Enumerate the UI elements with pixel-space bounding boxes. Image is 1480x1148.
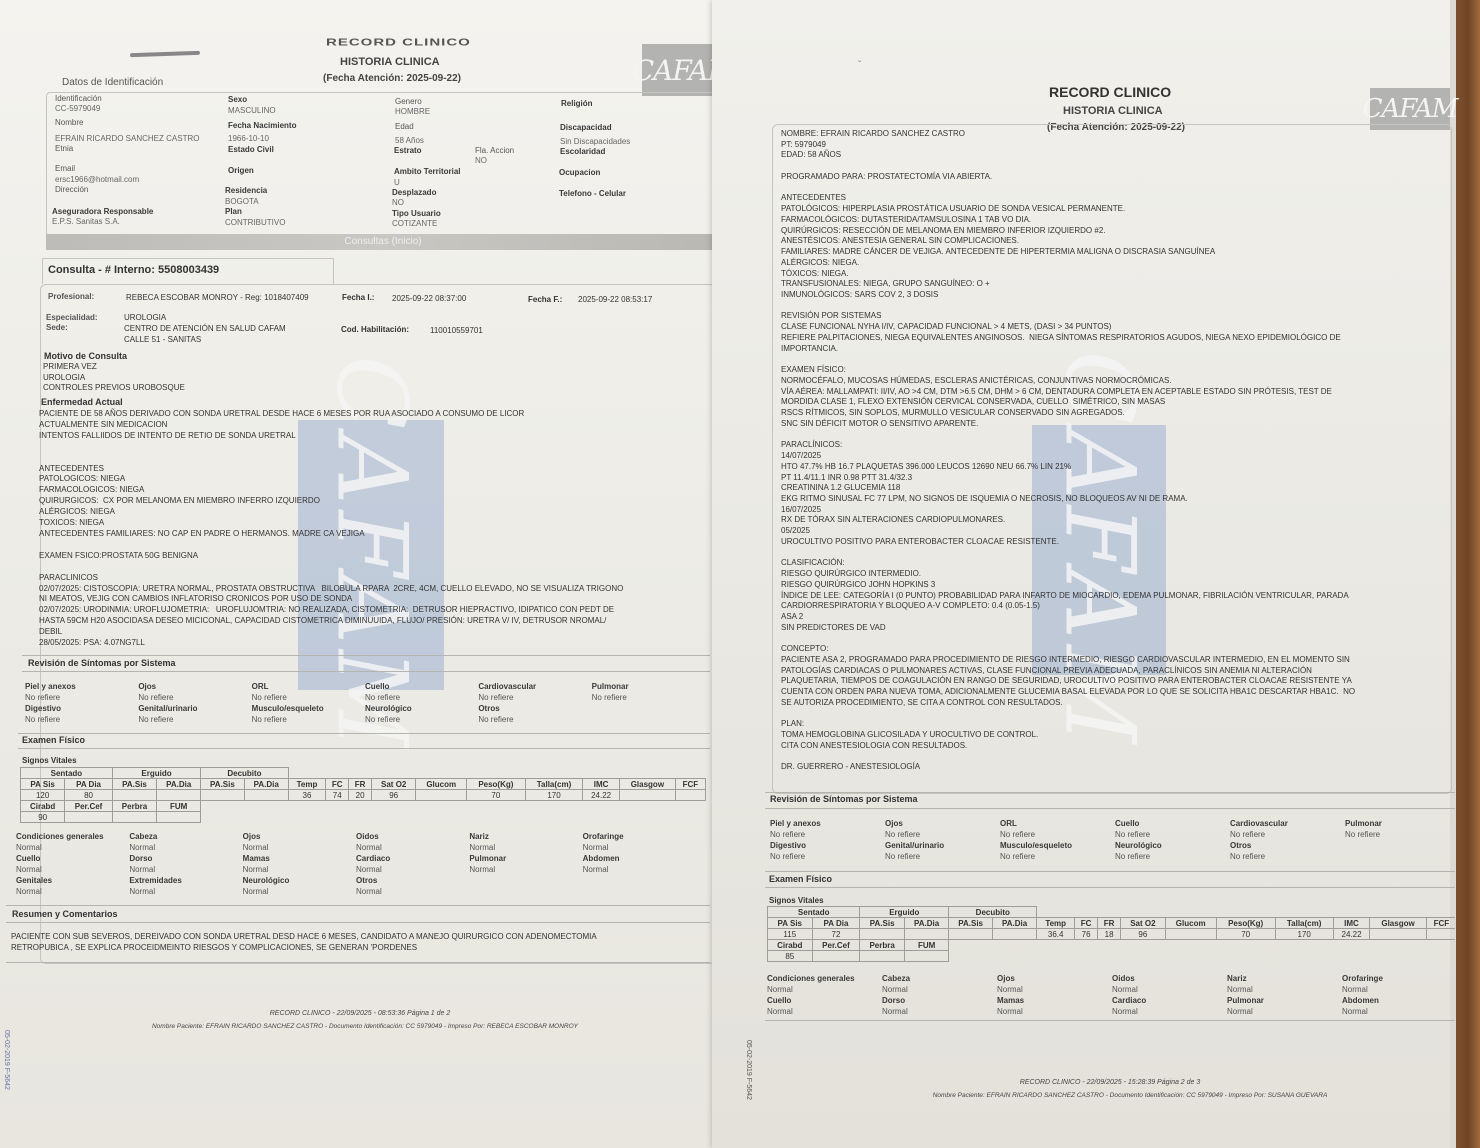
value-residencia: BOGOTA bbox=[225, 197, 259, 206]
vitals-header: Temp bbox=[288, 779, 326, 790]
field-value: No refiere bbox=[885, 830, 1000, 841]
label-escolaridad: Escolaridad bbox=[560, 147, 605, 156]
vitals-cell: 96 bbox=[1121, 929, 1166, 940]
vitals-cell bbox=[1333, 940, 1370, 951]
field-value: Normal bbox=[16, 865, 129, 876]
label-ocupacion: Ocupacion bbox=[559, 168, 600, 177]
field-value: Normal bbox=[469, 865, 582, 876]
vitals-cell bbox=[416, 801, 467, 812]
consultas-band: Consultas (Inicio) bbox=[46, 234, 720, 250]
field-label: Pulmonar bbox=[592, 682, 705, 693]
field-label: Cardiaco bbox=[1112, 996, 1227, 1007]
vitals-header: Cirabd bbox=[21, 801, 65, 812]
vitals-header: PA.Dia bbox=[904, 918, 948, 929]
vitals-header: Decubito bbox=[201, 768, 289, 779]
field-label: Condiciones generales bbox=[16, 832, 129, 843]
vitals-header: Per.Cef bbox=[65, 801, 113, 812]
vitals-header: Talla(cm) bbox=[525, 779, 583, 790]
page-subtitle: HISTORIA CLINICA bbox=[1063, 105, 1163, 117]
vitals-header: FR bbox=[349, 779, 372, 790]
vitals-cell bbox=[1165, 907, 1216, 918]
resumen-title: Resumen y Comentarios bbox=[12, 909, 118, 919]
field-label: Extremidades bbox=[129, 876, 242, 887]
vitals-cell bbox=[525, 768, 583, 779]
field-label: Cabeza bbox=[882, 974, 997, 985]
motivo-text: PRIMERA VEZ UROLOGIA CONTROLES PREVIOS U… bbox=[43, 362, 185, 394]
value-fla-accion: NO bbox=[475, 156, 487, 165]
record-title: RECORD CLINICO bbox=[1049, 84, 1171, 100]
vitals-cell: 36 bbox=[288, 790, 326, 801]
vitals-cell: 70 bbox=[467, 790, 526, 801]
vitals-cell bbox=[112, 812, 156, 823]
divider bbox=[765, 871, 1455, 872]
vitals-cell bbox=[65, 812, 113, 823]
vitals-cell bbox=[288, 812, 326, 823]
vitals-header: FC bbox=[326, 779, 349, 790]
vitals-cell bbox=[1037, 907, 1075, 918]
vitals-cell bbox=[619, 768, 675, 779]
divider bbox=[6, 922, 710, 923]
vitals-cell bbox=[1165, 929, 1216, 940]
field-label: Cardiovascular bbox=[478, 682, 591, 693]
label-plan: Plan bbox=[225, 207, 242, 216]
vitals-cell: 85 bbox=[768, 951, 813, 962]
field-value: No refiere bbox=[365, 715, 478, 726]
vitals-header: Sentado bbox=[768, 907, 860, 918]
field-value: Normal bbox=[997, 985, 1112, 996]
field-value: No refiere bbox=[365, 693, 478, 704]
value-plan: CONTRIBUTIVO bbox=[225, 218, 285, 227]
vitals-header: PA.Dia bbox=[244, 779, 288, 790]
vitals-header: Per.Cef bbox=[812, 940, 860, 951]
field-value: No refiere bbox=[138, 693, 251, 704]
footer-line2: Nombre Paciente: EFRAIN RICARDO SANCHEZ … bbox=[870, 1092, 1390, 1099]
vitals-cell bbox=[1098, 940, 1121, 951]
vitals-cell bbox=[904, 951, 948, 962]
label-religion: Religión bbox=[561, 99, 593, 108]
value-cod-habilitacion: 110010559701 bbox=[430, 326, 483, 335]
label-telefono: Telefono - Celular bbox=[559, 189, 626, 198]
field-value: Normal bbox=[356, 843, 469, 854]
vitals-cell bbox=[372, 812, 416, 823]
label-sede: Sede: bbox=[46, 323, 68, 332]
vitals-cell bbox=[583, 812, 620, 823]
vitals-header: FCF bbox=[1426, 918, 1455, 929]
vitals-header: Sat O2 bbox=[372, 779, 416, 790]
label-tipo-usuario: Tipo Usuario bbox=[392, 209, 441, 218]
vitals-cell bbox=[244, 801, 288, 812]
field-label bbox=[583, 876, 696, 887]
conditions-grid: Condiciones generalesCabezaOjosOidosNari… bbox=[767, 974, 1457, 1018]
vitals-cell bbox=[949, 929, 993, 940]
field-label: Digestivo bbox=[770, 841, 885, 852]
field-label: Piel y anexos bbox=[770, 819, 885, 830]
vitals-header: IMC bbox=[1333, 918, 1370, 929]
field-label: Abdomen bbox=[583, 854, 696, 865]
vitals-cell bbox=[992, 929, 1036, 940]
field-value: No refiere bbox=[1000, 852, 1115, 863]
examen-fisico-title: Examen Físico bbox=[769, 874, 832, 884]
vitals-cell bbox=[583, 768, 620, 779]
field-label: Mamas bbox=[243, 854, 356, 865]
value-ambito-territorial: U bbox=[394, 178, 400, 187]
vitals-cell bbox=[349, 801, 372, 812]
vitals-cell bbox=[992, 940, 1036, 951]
vitals-cell bbox=[992, 951, 1036, 962]
vitals-cell bbox=[326, 768, 349, 779]
vitals-cell bbox=[1098, 951, 1121, 962]
vitals-clip: SentadoErguidoDecubitoPA SisPA DiaPA.Sis… bbox=[767, 906, 1455, 966]
field-value bbox=[583, 887, 696, 898]
divider bbox=[6, 905, 710, 906]
value-edad: 58 Años bbox=[395, 136, 424, 145]
field-value: No refiere bbox=[1115, 852, 1230, 863]
vitals-cell bbox=[1333, 951, 1370, 962]
vitals-cell bbox=[1275, 940, 1333, 951]
value-email: ersc1966@hotmail.com bbox=[55, 175, 139, 184]
vitals-header: Glasgow bbox=[619, 779, 675, 790]
vitals-cell bbox=[326, 812, 349, 823]
field-value: No refiere bbox=[25, 693, 138, 704]
field-value: Normal bbox=[1227, 1007, 1342, 1018]
vitals-header: Decubito bbox=[949, 907, 1037, 918]
label-fecha-nacimiento: Fecha Nacimiento bbox=[228, 121, 296, 130]
vitals-header: Perbra bbox=[112, 801, 156, 812]
vitals-cell bbox=[349, 768, 372, 779]
vitals-cell bbox=[812, 951, 860, 962]
vitals-cell bbox=[1075, 940, 1098, 951]
vitals-cell bbox=[112, 790, 156, 801]
field-value: No refiere bbox=[1000, 830, 1115, 841]
field-label: Musculo/esqueleto bbox=[252, 704, 365, 715]
vitals-header: Glucom bbox=[1165, 918, 1216, 929]
divider bbox=[765, 792, 1455, 793]
vitals-header: Talla(cm) bbox=[1275, 918, 1333, 929]
vitals-header: FC bbox=[1075, 918, 1098, 929]
vitals-header: PA.Sis bbox=[201, 779, 244, 790]
field-value: Normal bbox=[1342, 985, 1457, 996]
label-profesional: Profesional: bbox=[48, 292, 94, 301]
field-value: Normal bbox=[767, 985, 882, 996]
value-discapacidad: Sin Discapacidades bbox=[560, 137, 630, 146]
vitals-cell: 76 bbox=[1075, 929, 1098, 940]
field-label bbox=[469, 876, 582, 887]
vitals-cell bbox=[1098, 907, 1121, 918]
vitals-header: PA.Dia bbox=[157, 779, 201, 790]
vitals-header: Erguido bbox=[860, 907, 949, 918]
value-fecha-f: 2025-09-22 08:53:17 bbox=[578, 295, 652, 304]
field-value: No refiere bbox=[478, 715, 591, 726]
field-label: Oidos bbox=[1112, 974, 1227, 985]
field-label: Condiciones generales bbox=[767, 974, 882, 985]
vitals-cell: 70 bbox=[1216, 929, 1275, 940]
field-value: Normal bbox=[583, 843, 696, 854]
field-value: No refiere bbox=[885, 852, 1000, 863]
field-value: Normal bbox=[1227, 985, 1342, 996]
vitals-cell: 80 bbox=[65, 790, 113, 801]
label-sexo: Sexo bbox=[228, 95, 247, 104]
field-value: No refiere bbox=[592, 693, 705, 704]
vitals-cell bbox=[675, 790, 705, 801]
field-label: ORL bbox=[252, 682, 365, 693]
field-value: No refiere bbox=[1230, 852, 1345, 863]
vitals-header: Temp bbox=[1037, 918, 1075, 929]
vitals-cell bbox=[1426, 907, 1455, 918]
field-label: Ojos bbox=[997, 974, 1112, 985]
field-label: Dorso bbox=[129, 854, 242, 865]
vitals-cell bbox=[1275, 907, 1333, 918]
vitals-header: FCF bbox=[675, 779, 705, 790]
vitals-cell bbox=[1370, 951, 1426, 962]
field-value: No refiere bbox=[252, 693, 365, 704]
vitals-cell bbox=[244, 790, 288, 801]
field-label: Pulmonar bbox=[1227, 996, 1342, 1007]
vitals-cell bbox=[244, 812, 288, 823]
vitals-cell bbox=[1165, 951, 1216, 962]
examen-fisico-title: Examen Físico bbox=[22, 735, 85, 745]
vitals-cell: 96 bbox=[372, 790, 416, 801]
label-discapacidad: Discapacidad bbox=[560, 123, 612, 132]
value-genero: HOMBRE bbox=[395, 107, 430, 116]
vitals-cell: 170 bbox=[1275, 929, 1333, 940]
field-label: ORL bbox=[1000, 819, 1115, 830]
vitals-cell bbox=[675, 812, 705, 823]
vitals-header: FUM bbox=[157, 801, 201, 812]
field-value: Normal bbox=[356, 887, 469, 898]
vitals-cell bbox=[201, 801, 244, 812]
field-value: No refiere bbox=[25, 715, 138, 726]
field-label: Orofaringe bbox=[583, 832, 696, 843]
value-especialidad: UROLOGIA bbox=[124, 313, 166, 322]
vitals-cell bbox=[201, 790, 244, 801]
field-value: Normal bbox=[767, 1007, 882, 1018]
vitals-cell bbox=[1037, 951, 1075, 962]
vitals-header: Erguido bbox=[112, 768, 200, 779]
vitals-cell: 20 bbox=[349, 790, 372, 801]
label-etnia: Etnia bbox=[55, 144, 73, 153]
field-value: Normal bbox=[1112, 985, 1227, 996]
vitals-cell bbox=[1370, 929, 1426, 940]
divider bbox=[6, 962, 710, 963]
field-label: Neurológico bbox=[243, 876, 356, 887]
field-label: Cuello bbox=[16, 854, 129, 865]
field-label: Neurológico bbox=[365, 704, 478, 715]
vitals-cell bbox=[1216, 940, 1275, 951]
revision-grid: Piel y anexosOjosORLCuelloCardiovascular… bbox=[25, 682, 705, 726]
vitals-header: Glucom bbox=[416, 779, 467, 790]
vitals-cell bbox=[1426, 951, 1455, 962]
vitals-header: PA Sis bbox=[768, 918, 813, 929]
vitals-cell bbox=[1121, 940, 1166, 951]
value-aseguradora: E.P.S. Sanitas S.A. bbox=[52, 217, 120, 226]
field-value bbox=[592, 715, 705, 726]
field-value: Normal bbox=[129, 887, 242, 898]
vitals-header: IMC bbox=[583, 779, 620, 790]
field-value: Normal bbox=[16, 843, 129, 854]
label-fecha-i: Fecha I.: bbox=[342, 293, 374, 302]
vitals-cell bbox=[467, 812, 526, 823]
vitals-cell bbox=[201, 812, 244, 823]
field-value: Normal bbox=[469, 843, 582, 854]
field-label: Oidos bbox=[356, 832, 469, 843]
vitals-cell: 72 bbox=[812, 929, 860, 940]
field-label bbox=[1345, 841, 1460, 852]
field-value: Normal bbox=[356, 865, 469, 876]
field-value: No refiere bbox=[1230, 830, 1345, 841]
footer-line1: RECORD CLINICO - 22/09/2025 - 15:28:39 P… bbox=[900, 1079, 1320, 1086]
vitals-cell: 36.4 bbox=[1037, 929, 1075, 940]
revision-grid: Piel y anexosOjosORLCuelloCardiovascular… bbox=[770, 819, 1460, 863]
field-label: Digestivo bbox=[25, 704, 138, 715]
field-label: Ojos bbox=[885, 819, 1000, 830]
field-value: No refiere bbox=[138, 715, 251, 726]
vitals-cell bbox=[860, 951, 905, 962]
vitals-cell bbox=[1037, 940, 1075, 951]
vitals-cell bbox=[619, 801, 675, 812]
anesthesia-note-text: NOMBRE: EFRAIN RICARDO SANCHEZ CASTRO PT… bbox=[781, 129, 1355, 773]
field-value: Normal bbox=[997, 1007, 1112, 1018]
field-label: Cabeza bbox=[129, 832, 242, 843]
vitals-cell bbox=[619, 790, 675, 801]
consulta-title: Consulta - # Interno: 5508003439 bbox=[48, 264, 219, 276]
field-label: Ojos bbox=[138, 682, 251, 693]
field-value: No refiere bbox=[252, 715, 365, 726]
vitals-cell bbox=[860, 929, 905, 940]
label-direccion: Dirección bbox=[55, 185, 88, 194]
vitals-cell bbox=[904, 929, 948, 940]
field-label: Abdomen bbox=[1342, 996, 1457, 1007]
value-profesional: REBECA ESCOBAR MONROY - Reg: 1018407409 bbox=[126, 293, 309, 302]
vitals-cell bbox=[1370, 907, 1426, 918]
label-fecha-f: Fecha F.: bbox=[528, 295, 562, 304]
field-label: Cardiovascular bbox=[1230, 819, 1345, 830]
field-label: Genitales bbox=[16, 876, 129, 887]
vitals-header: Sat O2 bbox=[1121, 918, 1166, 929]
vitals-cell bbox=[1216, 907, 1275, 918]
resumen-text: PACIENTE CON SUB SEVEROS, DEREIVADO CON … bbox=[11, 932, 597, 953]
field-value: Normal bbox=[16, 887, 129, 898]
vitals-cell bbox=[416, 790, 467, 801]
vitals-header: PA Dia bbox=[812, 918, 860, 929]
footer-line1: RECORD CLINICO - 22/09/2025 - 08:53:36 P… bbox=[150, 1010, 570, 1017]
field-value: Normal bbox=[583, 865, 696, 876]
vitals-cell bbox=[416, 768, 467, 779]
page-subtitle: HISTORIA CLINICA bbox=[340, 56, 440, 68]
label-desplazado: Desplazado bbox=[392, 188, 436, 197]
vitals-cell bbox=[467, 768, 526, 779]
vitals-header: FR bbox=[1098, 918, 1121, 929]
vitals-cell bbox=[467, 801, 526, 812]
vitals-header: Perbra bbox=[860, 940, 905, 951]
side-stamp: 05-02-2019 F-5642 bbox=[3, 1030, 10, 1090]
field-label: Otros bbox=[356, 876, 469, 887]
field-label: Genital/urinario bbox=[138, 704, 251, 715]
label-fla-accion: Fla. Accion bbox=[475, 146, 514, 155]
field-value: Normal bbox=[243, 865, 356, 876]
value-sede-line2: CALLE 51 - SANITAS bbox=[124, 335, 201, 344]
field-label: Cuello bbox=[1115, 819, 1230, 830]
field-label: Ojos bbox=[243, 832, 356, 843]
pencil-mark: ˇ bbox=[858, 60, 861, 71]
vitals-cell bbox=[372, 801, 416, 812]
value-fecha-i: 2025-09-22 08:37:00 bbox=[392, 294, 466, 303]
divider bbox=[765, 808, 1455, 809]
vitals-cell bbox=[1165, 940, 1216, 951]
label-residencia: Residencia bbox=[225, 186, 267, 195]
vitals-header: PA Dia bbox=[65, 779, 113, 790]
vitals-cell bbox=[157, 790, 201, 801]
vitals-cell bbox=[1333, 907, 1370, 918]
vitals-header: Cirabd bbox=[768, 940, 813, 951]
vitals-cell bbox=[1216, 951, 1275, 962]
field-label: Neurológico bbox=[1115, 841, 1230, 852]
vitals-header: Peso(Kg) bbox=[1216, 918, 1275, 929]
vitals-table: SentadoErguidoDecubitoPA SisPA DiaPA.Sis… bbox=[20, 767, 706, 823]
label-ambito-territorial: Ambito Territorial bbox=[394, 167, 461, 176]
vitals-header: PA.Sis bbox=[860, 918, 905, 929]
divider bbox=[18, 748, 710, 749]
label-especialidad: Especialidad: bbox=[46, 313, 98, 322]
label-cod-habilitacion: Cod. Habilitación: bbox=[341, 325, 409, 334]
enfermedad-actual-text: PACIENTE DE 58 AÑOS DERIVADO CON SONDA U… bbox=[39, 409, 623, 649]
vitals-cell bbox=[326, 801, 349, 812]
label-aseguradora: Aseguradora Responsable bbox=[52, 207, 153, 216]
value-nombre: EFRAIN RICARDO SANCHEZ CASTRO bbox=[55, 134, 199, 143]
field-label: Dorso bbox=[882, 996, 997, 1007]
field-value bbox=[469, 887, 582, 898]
label-estado-civil: Estado Civil bbox=[228, 145, 274, 154]
vitals-table: SentadoErguidoDecubitoPA SisPA DiaPA.Sis… bbox=[767, 906, 1455, 962]
label-email: Email bbox=[55, 164, 75, 173]
field-label: Cardiaco bbox=[356, 854, 469, 865]
motivo-title: Motivo de Consulta bbox=[44, 351, 127, 361]
label-estrato: Estrato bbox=[394, 146, 422, 155]
field-label: Orofaringe bbox=[1342, 974, 1457, 985]
divider bbox=[765, 887, 1455, 888]
field-label: Mamas bbox=[997, 996, 1112, 1007]
label-edad: Edad bbox=[395, 122, 414, 131]
field-label: Cuello bbox=[365, 682, 478, 693]
field-label: Cuello bbox=[767, 996, 882, 1007]
vitals-cell bbox=[949, 951, 993, 962]
vitals-cell: 24.22 bbox=[1333, 929, 1370, 940]
field-value: No refiere bbox=[1115, 830, 1230, 841]
field-value: Normal bbox=[882, 985, 997, 996]
vitals-header: PA Sis bbox=[21, 779, 65, 790]
divider bbox=[22, 655, 710, 656]
divider bbox=[18, 733, 710, 734]
vitals-cell bbox=[1370, 940, 1426, 951]
label-nombre: Nombre bbox=[55, 118, 83, 127]
revision-title: Revisión de Síntomas por Sistema bbox=[28, 658, 176, 668]
field-label: Pulmonar bbox=[469, 854, 582, 865]
vitals-cell bbox=[619, 812, 675, 823]
vitals-cell bbox=[349, 812, 372, 823]
label-origen: Origen bbox=[228, 166, 254, 175]
field-value: Normal bbox=[243, 843, 356, 854]
vitals-cell bbox=[1275, 951, 1333, 962]
vitals-cell bbox=[157, 812, 201, 823]
field-label: Genital/urinario bbox=[885, 841, 1000, 852]
vitals-cell bbox=[1121, 907, 1166, 918]
vitals-cell bbox=[949, 940, 993, 951]
field-label: Otros bbox=[1230, 841, 1345, 852]
field-value: Normal bbox=[243, 887, 356, 898]
vitals-cell bbox=[288, 801, 326, 812]
vitals-cell bbox=[1426, 940, 1455, 951]
vitals-title: Signos Vitales bbox=[769, 896, 824, 905]
label-genero: Genero bbox=[395, 97, 422, 106]
